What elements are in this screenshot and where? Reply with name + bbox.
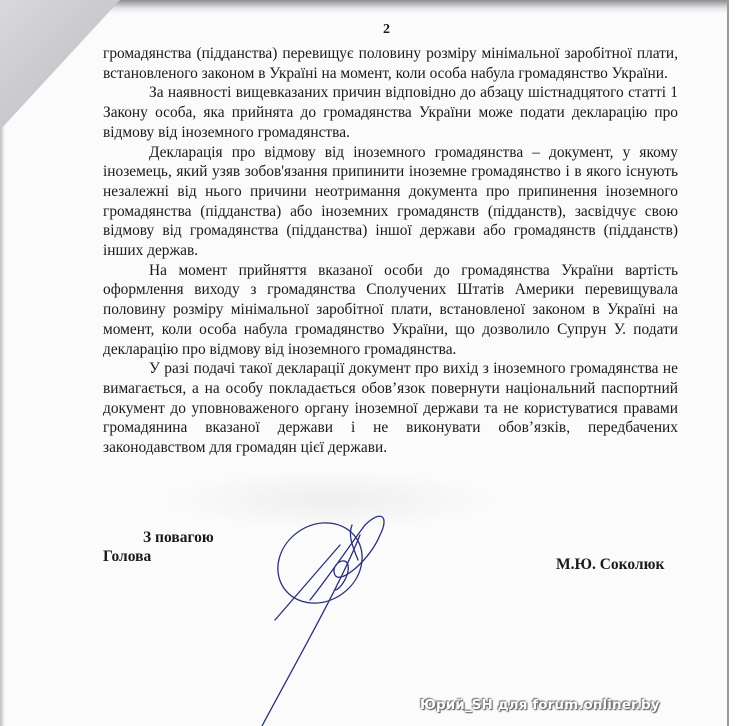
paragraph-5: У разі подачі такої декларації документ …: [103, 359, 678, 458]
paragraph-4: На момент прийняття вказаної особи до гр…: [103, 261, 678, 360]
signer-name: М.Ю. Соколюк: [556, 556, 664, 574]
signature-icon: [240, 505, 420, 726]
watermark: Юрий_SH для forum.onliner.by: [420, 697, 660, 713]
paragraph-3: Декларація про відмову від іноземного гр…: [103, 143, 678, 261]
paragraph-1: громадянства (підданства) перевищує поло…: [103, 44, 678, 83]
scan-top-shadow: [60, 0, 730, 14]
letter-body: громадянства (підданства) перевищує поло…: [103, 44, 678, 458]
page-right-margin: [729, 0, 735, 726]
page-number: 2: [383, 22, 390, 38]
closing-phrase: З повагою: [143, 529, 214, 547]
folded-corner: [0, 0, 120, 130]
scanned-page: 2 громадянства (підданства) перевищує по…: [0, 0, 735, 726]
signer-position: Голова: [103, 548, 151, 566]
paragraph-2: За наявності вищевказаних причин відпові…: [103, 83, 678, 142]
